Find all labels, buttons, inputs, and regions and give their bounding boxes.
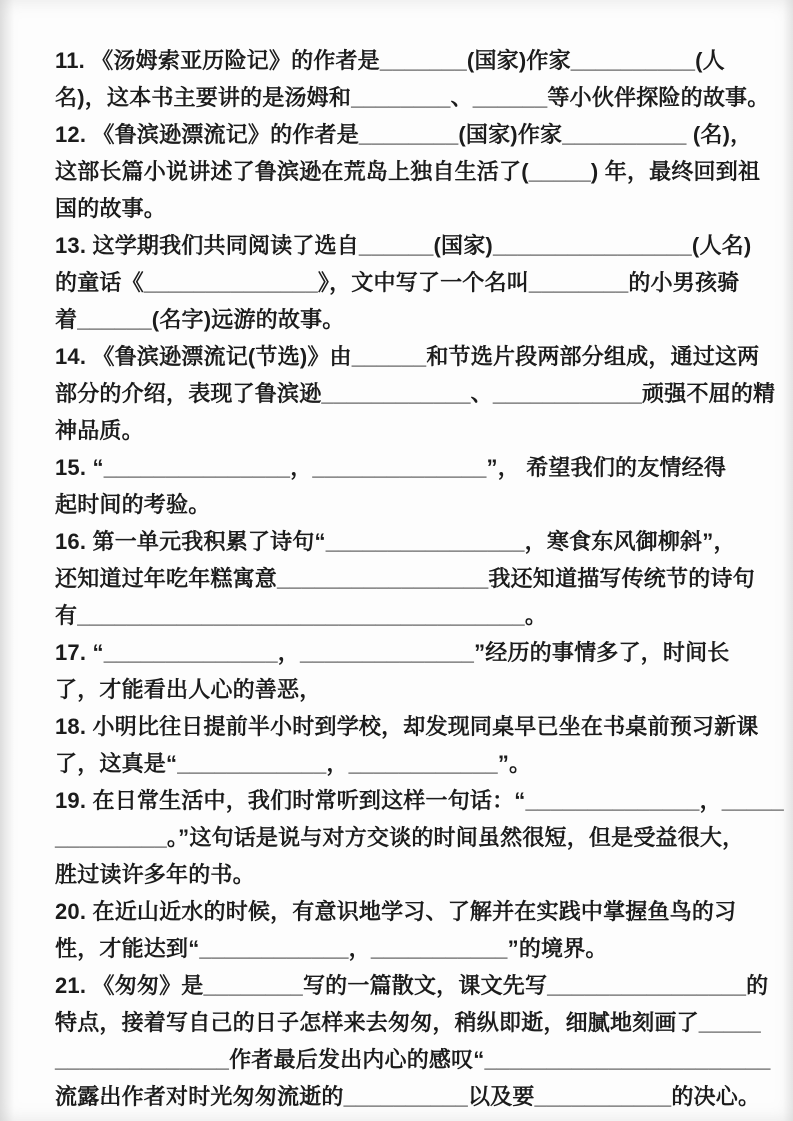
text-line: 20. 在近山近水的时候，有意识地学习、了解并在实践中掌握鱼鸟的习: [55, 893, 748, 930]
question-19: 19. 在日常生活中，我们时常听到这样一句话：“______________，_…: [55, 782, 748, 893]
text-line: 18. 小明比往日提前半小时到学校，却发现同桌早已坐在书桌前预习新课: [55, 708, 748, 745]
text-line: 的童话《______________》，文中写了一个名叫________的小男孩…: [55, 264, 748, 301]
question-12: 12. 《鲁滨逊漂流记》的作者是________(国家)作家__________…: [55, 116, 748, 227]
text-line: _________。”这句话是说与对方交谈的时间虽然很短，但是受益很大，: [55, 819, 748, 856]
text-line: 这部长篇小说讲述了鲁滨逊在荒岛上独自生活了(_____) 年，最终回到祖: [55, 153, 748, 190]
text-line: 有____________________________________。: [55, 597, 748, 634]
question-13: 13. 这学期我们共同阅读了选自______(国家)______________…: [55, 227, 748, 338]
worksheet-page: 11. 《汤姆索亚历险记》的作者是_______(国家)作家__________…: [0, 0, 793, 1121]
text-line: 部分的介绍，表现了鲁滨逊____________、____________顽强不…: [55, 375, 748, 412]
question-18: 18. 小明比往日提前半小时到学校，却发现同桌早已坐在书桌前预习新课 了，这真是…: [55, 708, 748, 782]
text-line: 起时间的考验。: [55, 486, 748, 523]
text-line: 还知道过年吃年糕寓意_________________我还知道描写传统节的诗句: [55, 560, 748, 597]
text-line: ______________作者最后发出内心的感叹“______________…: [55, 1041, 748, 1078]
text-line: 12. 《鲁滨逊漂流记》的作者是________(国家)作家__________…: [55, 116, 748, 153]
question-20: 20. 在近山近水的时候，有意识地学习、了解并在实践中掌握鱼鸟的习 性，才能达到…: [55, 893, 748, 967]
question-17: 17. “______________，______________”经历的事情…: [55, 634, 748, 708]
text-line: 了，才能看出人心的善恶，: [55, 671, 748, 708]
text-line: 国的故事。: [55, 190, 748, 227]
question-15: 15. “_______________，______________”， 希望…: [55, 449, 748, 523]
text-line: 14. 《鲁滨逊漂流记(节选)》由______和节选片段两部分组成，通过这两: [55, 338, 748, 375]
text-line: 了，这真是“____________，____________”。: [55, 745, 748, 782]
question-16: 16. 第一单元我积累了诗句“________________，寒食东风御柳斜”…: [55, 523, 748, 634]
question-21: 21. 《匆匆》是________写的一篇散文，课文先写____________…: [55, 967, 748, 1115]
text-line: 着______(名字)远游的故事。: [55, 301, 748, 338]
text-line: 17. “______________，______________”经历的事情…: [55, 634, 748, 671]
text-line: 神品质。: [55, 412, 748, 449]
question-11: 11. 《汤姆索亚历险记》的作者是_______(国家)作家__________…: [55, 42, 748, 116]
text-line: 21. 《匆匆》是________写的一篇散文，课文先写____________…: [55, 967, 748, 1004]
text-line: 13. 这学期我们共同阅读了选自______(国家)______________…: [55, 227, 748, 264]
text-line: 性，才能达到“____________，___________”的境界。: [55, 930, 748, 967]
text-line: 名)，这本书主要讲的是汤姆和________、______等小伙伴探险的故事。: [55, 79, 748, 116]
text-line: 15. “_______________，______________”， 希望…: [55, 449, 748, 486]
text-line: 流露出作者对时光匆匆流逝的__________以及要___________的决心…: [55, 1078, 748, 1115]
question-14: 14. 《鲁滨逊漂流记(节选)》由______和节选片段两部分组成，通过这两 部…: [55, 338, 748, 449]
text-line: 16. 第一单元我积累了诗句“________________，寒食东风御柳斜”…: [55, 523, 748, 560]
text-line: 19. 在日常生活中，我们时常听到这样一句话：“______________，_…: [55, 782, 748, 819]
text-line: 特点，接着写自己的日子怎样来去匆匆，稍纵即逝，细腻地刻画了_____: [55, 1004, 748, 1041]
text-line: 11. 《汤姆索亚历险记》的作者是_______(国家)作家__________…: [55, 42, 748, 79]
text-line: 胜过读许多年的书。: [55, 856, 748, 893]
